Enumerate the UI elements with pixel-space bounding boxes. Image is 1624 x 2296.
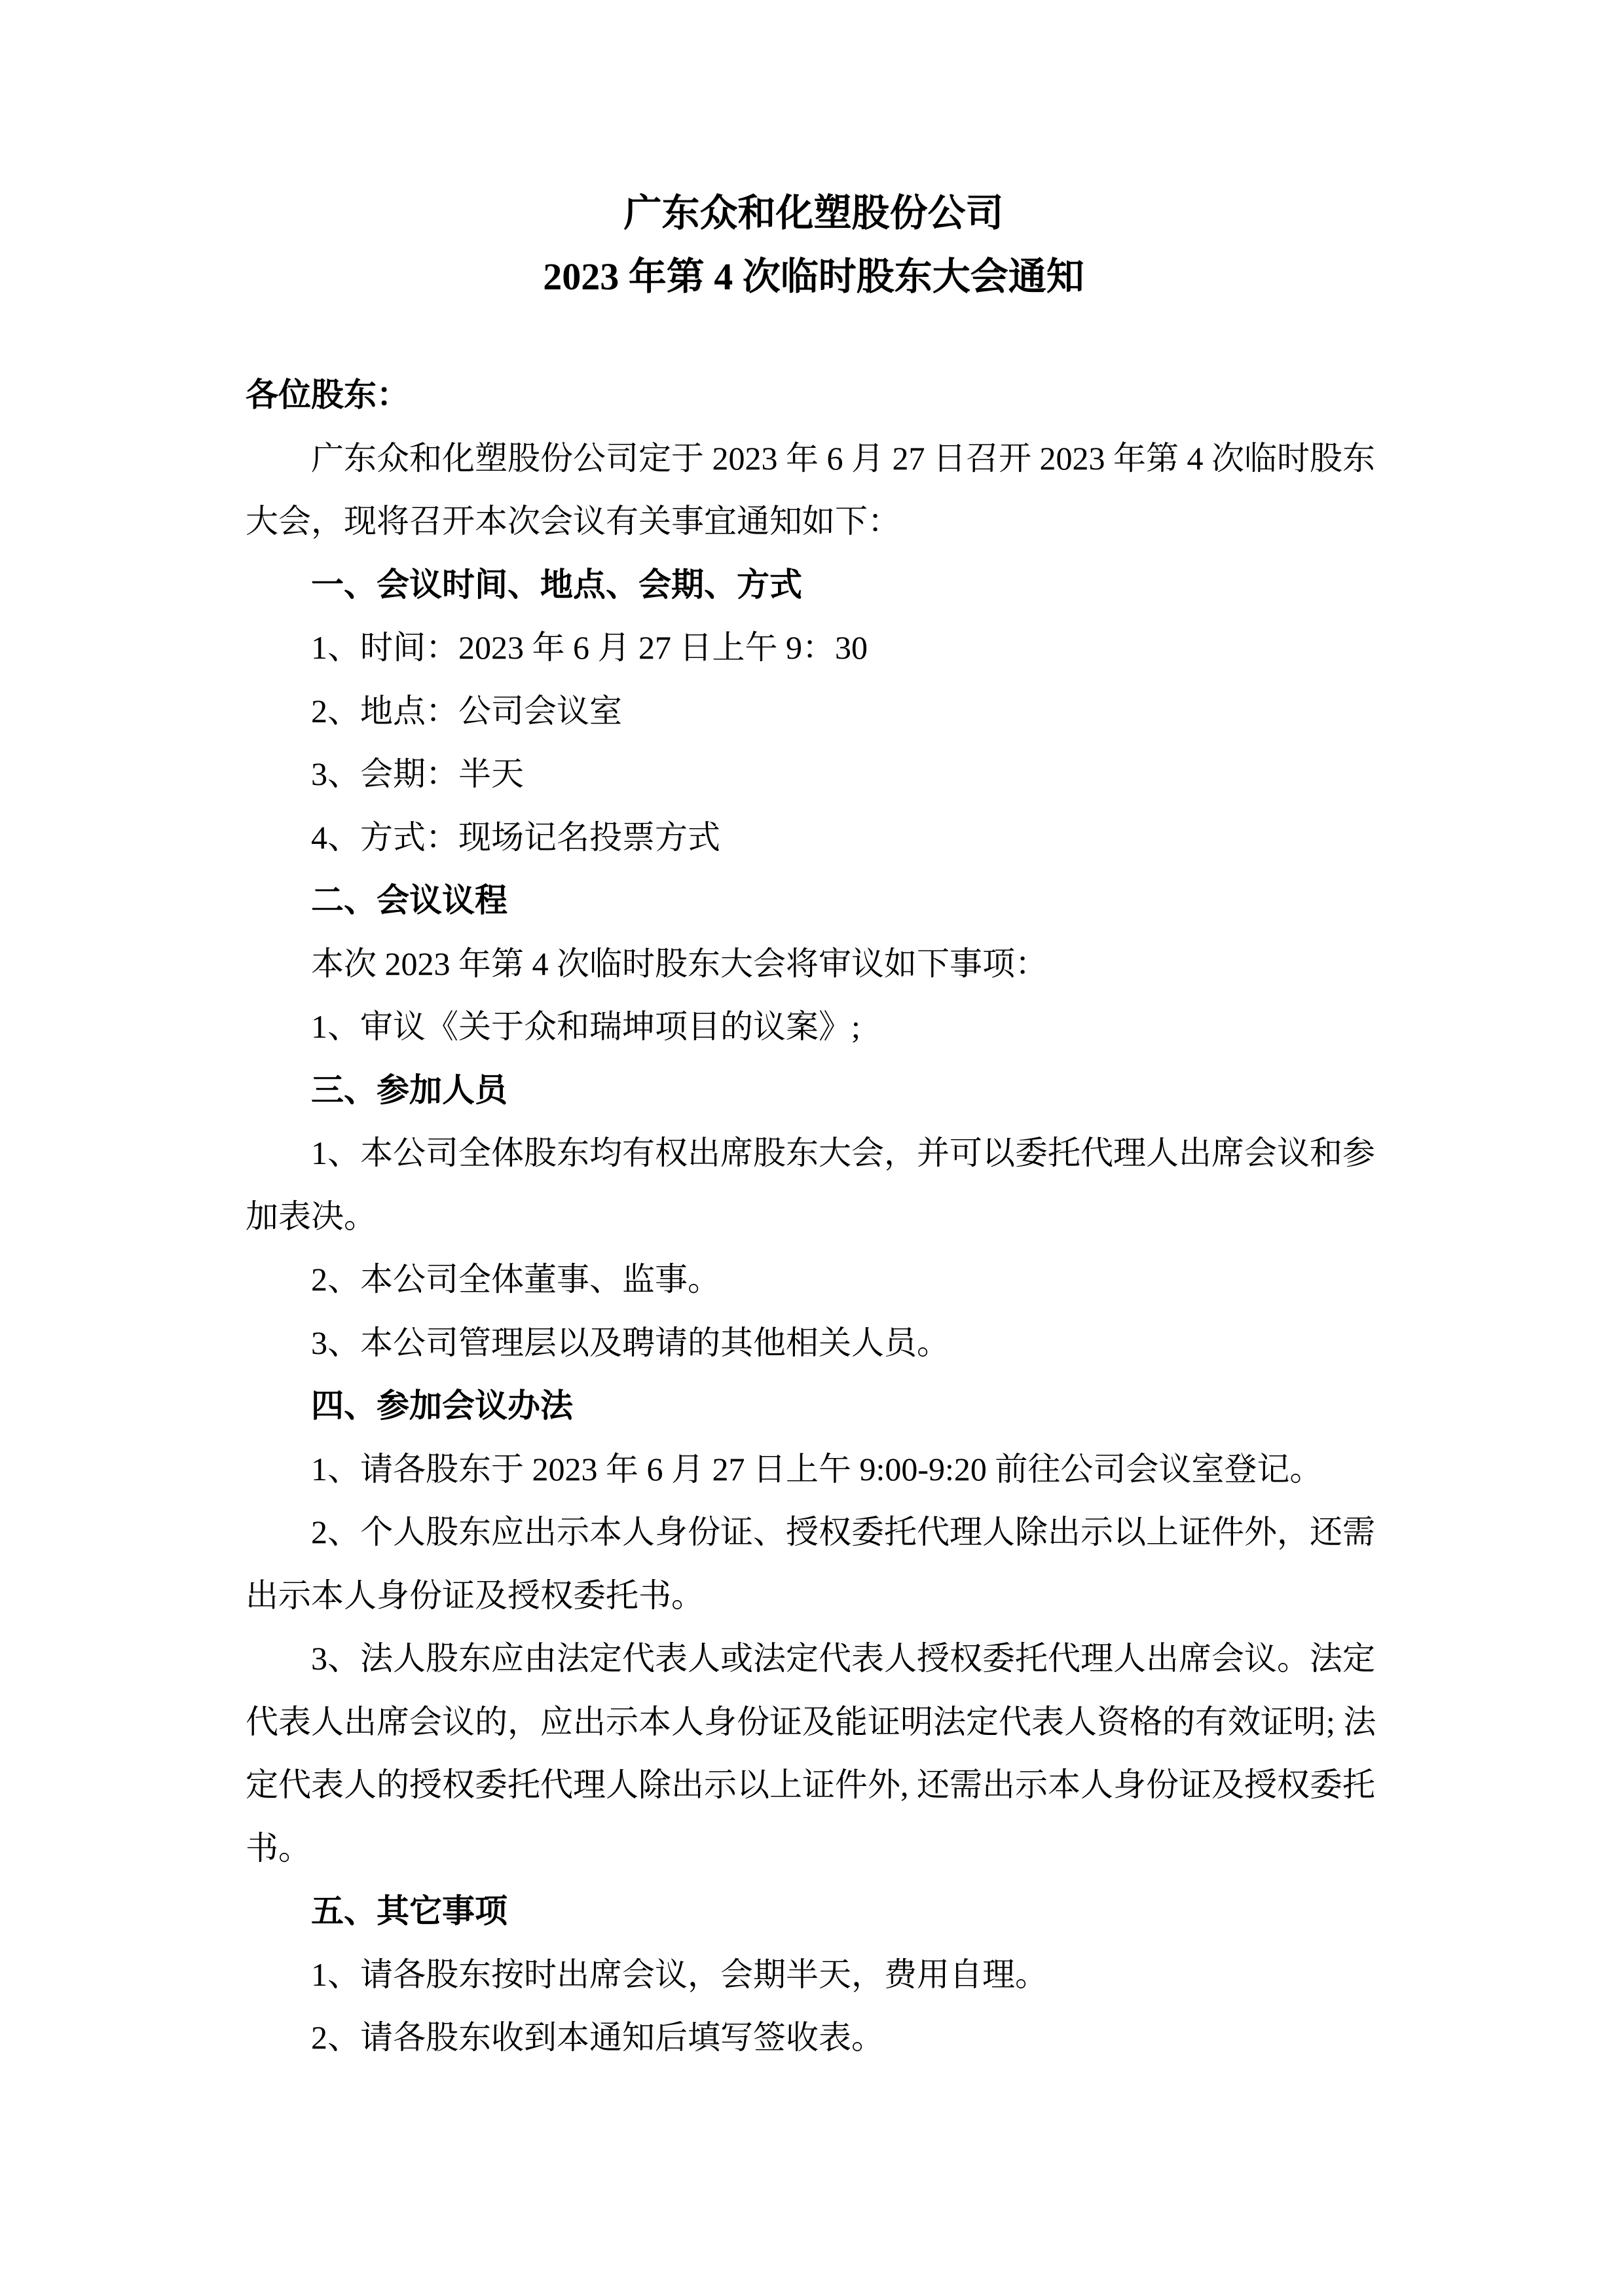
body-line: 出示本人身份证及授权委托书。 — [246, 1564, 1382, 1628]
body-line: 四、参加会议办法 — [246, 1374, 1382, 1438]
body-line: 1、请各股东按时出席会议，会期半天，费用自理。 — [246, 1943, 1382, 2007]
body-line: 3、本公司管理层以及聘请的其他相关人员。 — [246, 1311, 1382, 1375]
body-line: 二、会议议程 — [246, 869, 1382, 932]
salutation: 各位股东： — [246, 363, 1382, 427]
body-line: 加表决。 — [246, 1185, 1382, 1248]
document-content: 广东众和化塑股份公司 2023 年第 4 次临时股东大会通知 各位股东： 广东众… — [0, 0, 1624, 2069]
body-line: 2、个人股东应出示本人身份证、授权委托代理人除出示以上证件外，还需 — [246, 1501, 1382, 1564]
body-line: 广东众和化塑股份公司定于 2023 年 6 月 27 日召开 2023 年第 4… — [246, 427, 1382, 490]
body-line: 4、方式：现场记名投票方式 — [246, 806, 1382, 869]
document-body: 广东众和化塑股份公司定于 2023 年 6 月 27 日召开 2023 年第 4… — [246, 427, 1382, 2069]
body-line: 3、会期：半天 — [246, 742, 1382, 806]
body-line: 定代表人的授权委托代理人除出示以上证件外, 还需出示本人身份证及授权委托 — [246, 1753, 1382, 1817]
body-line: 3、法人股东应由法定代表人或法定代表人授权委托代理人出席会议。法定 — [246, 1627, 1382, 1690]
body-line: 2、本公司全体董事、监事。 — [246, 1248, 1382, 1311]
body-line: 三、参加人员 — [246, 1059, 1382, 1122]
body-line: 五、其它事项 — [246, 1880, 1382, 1943]
body-line: 1、本公司全体股东均有权出席股东大会，并可以委托代理人出席会议和参 — [246, 1121, 1382, 1185]
body-line: 2、请各股东收到本通知后填写签收表。 — [246, 2006, 1382, 2069]
body-line: 本次 2023 年第 4 次临时股东大会将审议如下事项： — [246, 932, 1382, 996]
body-line: 2、地点：公司会议室 — [246, 680, 1382, 743]
document-subtitle: 2023 年第 4 次临时股东大会通知 — [246, 246, 1382, 309]
body-line: 1、请各股东于 2023 年 6 月 27 日上午 9:00-9:20 前往公司… — [246, 1438, 1382, 1501]
body-line: 代表人出席会议的，应出示本人身份证及能证明法定代表人资格的有效证明; 法 — [246, 1690, 1382, 1754]
body-line: 大会，现将召开本次会议有关事宜通知如下： — [246, 490, 1382, 553]
page: 广东众和化塑股份公司 2023 年第 4 次临时股东大会通知 各位股东： 广东众… — [0, 0, 1624, 2296]
document-title: 广东众和化塑股份公司 — [246, 182, 1382, 246]
body-line: 1、审议《关于众和瑞坤项目的议案》; — [246, 995, 1382, 1059]
title-spacer — [246, 308, 1382, 363]
body-line: 书。 — [246, 1817, 1382, 1880]
body-line: 一、会议时间、地点、会期、方式 — [246, 553, 1382, 617]
body-line: 1、时间：2023 年 6 月 27 日上午 9：30 — [246, 616, 1382, 680]
